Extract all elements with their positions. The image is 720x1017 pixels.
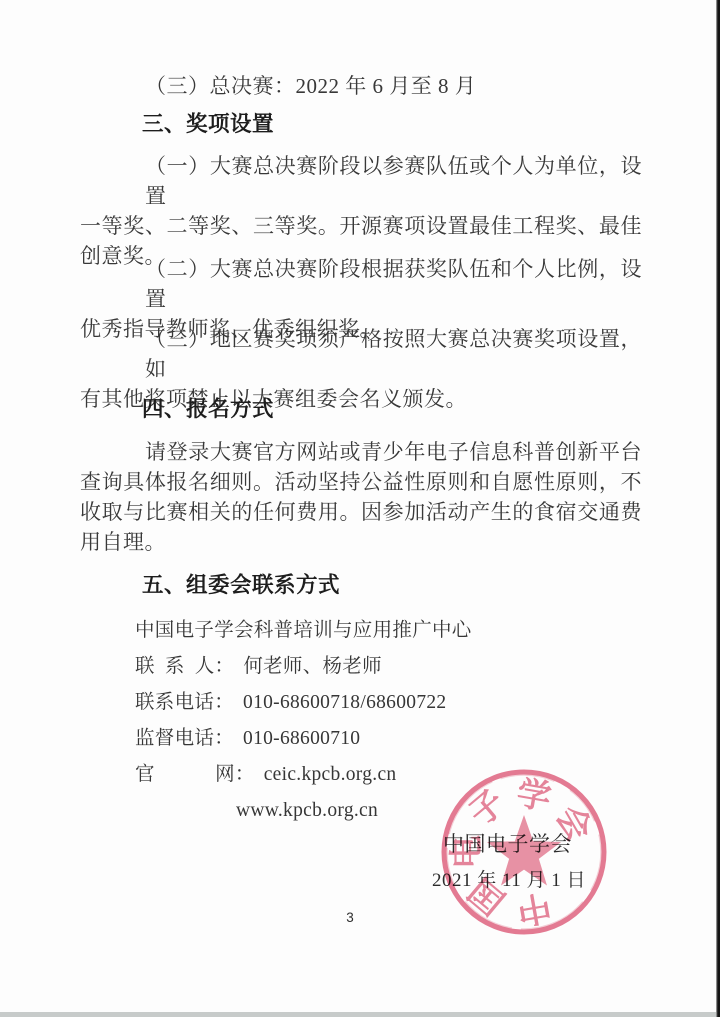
text-line: 请登录大赛官方网站或青少年电子信息科普创新平台: [80, 437, 642, 467]
heading-contact: 五、组委会联系方式: [80, 572, 642, 598]
text-line: （三）总决赛：2022 年 6 月至 8 月: [80, 71, 642, 101]
contact-line-website: 官 网：ceic.kpcb.org.cn: [135, 757, 635, 793]
contact-line-person: 联 系 人：何老师、杨老师: [135, 649, 635, 685]
alt-website: www.kpcb.org.cn: [135, 793, 635, 829]
schedule-line: （三）总决赛：2022 年 6 月至 8 月: [80, 71, 642, 101]
text-line: （三）地区赛奖项须严格按照大赛总决赛奖项设置，如: [80, 324, 642, 384]
text-line: 一等奖、二等奖、三等奖。开源赛项设置最佳工程奖、最佳: [80, 211, 642, 241]
document-page: （三）总决赛：2022 年 6 月至 8 月 三、奖项设置 （一）大赛总决赛阶段…: [0, 0, 720, 1017]
contact-value: 何老师、杨老师: [243, 656, 382, 677]
text-line: 收取与比赛相关的任何费用。因参加活动产生的食宿交通费: [80, 497, 642, 527]
text-line: （二）大赛总决赛阶段根据获奖队伍和个人比例，设置: [80, 254, 642, 314]
contact-label: 监督电话：: [135, 728, 234, 749]
contact-label: 联 系 人：: [135, 656, 234, 677]
text-line: 用自理。: [80, 527, 642, 557]
contact-label: 官 网：: [135, 764, 255, 785]
signature-date: 2021 年 11 月 1 日: [432, 869, 586, 893]
signature-organization: 中国电子学会: [443, 831, 572, 857]
contact-label: 联系电话：: [135, 692, 234, 713]
scan-edge-right: [716, 0, 720, 1017]
registration-paragraph: 请登录大赛官方网站或青少年电子信息科普创新平台 查询具体报名细则。活动坚持公益性…: [80, 437, 642, 557]
heading-awards: 三、奖项设置: [80, 111, 642, 137]
contact-value: ceic.kpcb.org.cn: [264, 764, 397, 785]
contact-line-phone: 联系电话：010-68600718/68600722: [135, 685, 635, 721]
contact-value: 010-68600718/68600722: [243, 692, 446, 713]
page-number: 3: [340, 910, 360, 925]
text-line: 查询具体报名细则。活动坚持公益性原则和自愿性原则，不: [80, 467, 642, 497]
contact-line-supervision-phone: 监督电话：010-68600710: [135, 721, 635, 757]
contact-organization: 中国电子学会科普培训与应用推广中心: [135, 613, 635, 649]
contact-value: 010-68600710: [243, 728, 360, 749]
text-line: （一）大赛总决赛阶段以参赛队伍或个人为单位，设置: [80, 151, 642, 211]
scan-edge-bottom: [0, 1012, 716, 1017]
heading-registration: 四、报名方式: [80, 396, 642, 422]
contact-block: 中国电子学会科普培训与应用推广中心 联 系 人：何老师、杨老师 联系电话：010…: [135, 613, 635, 829]
awards-item-1: （一）大赛总决赛阶段以参赛队伍或个人为单位，设置 一等奖、二等奖、三等奖。开源赛…: [80, 151, 642, 271]
